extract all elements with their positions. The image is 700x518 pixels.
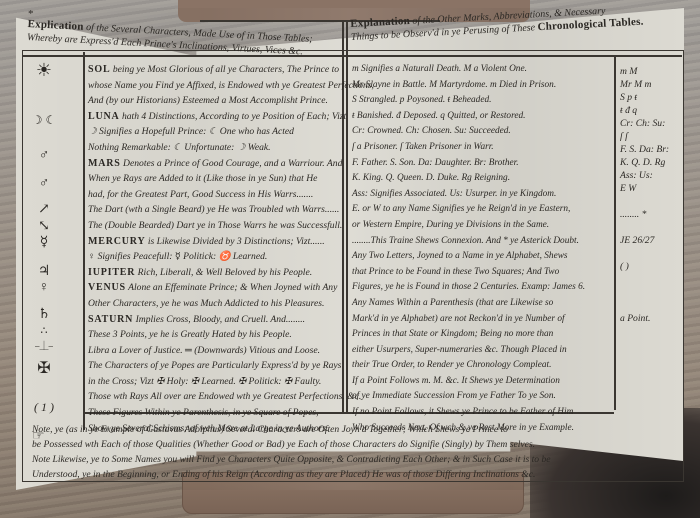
notes-section: Note, ye (as in ye Example of Gustavus A… — [22, 422, 682, 482]
line: E. or W to any Name Signifies ye he Reig… — [352, 202, 585, 218]
header-bottom-rule — [22, 55, 682, 57]
margin-mark: ( ) — [620, 260, 680, 273]
three-points-icon: ∴ — [24, 324, 64, 337]
margin-mark — [620, 221, 680, 234]
margin-mark: S p ŧ — [620, 91, 680, 104]
line: their True Order, to Render ye Chronolog… — [352, 358, 585, 374]
line: VENUS Alone an Effeminate Prince; & When… — [88, 280, 374, 296]
line: Nothing Remarkable: ☾ Unfortunate: ☽ Wea… — [88, 140, 374, 156]
line: that Prince to be Found in these Two Squ… — [352, 265, 585, 281]
pope-cross-icon: ✠ — [24, 358, 64, 378]
symbol-column-divider — [83, 52, 85, 430]
margin-mark — [620, 195, 680, 208]
moon-phases-icon: ☽ ☾ — [24, 113, 64, 128]
line: K. King. Q. Queen. D. Duke. Rg Reigning. — [352, 171, 585, 187]
line: Any Two Letters, Joyned to a Name in ye … — [352, 249, 585, 265]
line: ♀ Signifies Peacefull: ☿ Politick: ♉ Lea… — [88, 249, 374, 265]
line: Ass: Signifies Associated. Us: Usurper. … — [352, 187, 585, 203]
note-line: Note, ye (as in ye Example of Gustavus A… — [22, 422, 682, 437]
libra-icon: ⎯⏊⎯ — [24, 339, 64, 352]
line: F. Father. S. Son. Da: Daughter. Br: Bro… — [352, 156, 585, 172]
margin-mark: K. Q. D. Rg — [620, 156, 680, 169]
single-dart-icon: ↗ — [24, 201, 64, 218]
line: IUPITER Rich, Liberall, & Well Beloved b… — [88, 265, 374, 281]
line: When ye Rays are Added to it (Like those… — [88, 171, 374, 187]
margin-mark: m M — [620, 65, 680, 78]
margin-column-divider — [614, 55, 616, 410]
margin-mark: F. S. Da: Br: — [620, 143, 680, 156]
note-line: Understood, ye in the Beginning, or Endi… — [22, 467, 682, 482]
line: The (Double Bearded) Dart ye in Those Wa… — [88, 218, 374, 234]
line: SOL being ye Most Glorious of all ye Cha… — [88, 62, 374, 78]
line: ŧ Banished. đ Deposed. q Quitted, or Res… — [352, 109, 585, 125]
line: Figures, ye he is Found in those 2 Centu… — [352, 280, 585, 296]
line: in the Cross; Vizt ✠ Holy: ✠ Learned. ✠ … — [88, 374, 374, 390]
line: The Dart (wth a Single Beard) ye He was … — [88, 202, 374, 218]
line: LUNA hath 4 Distinctions, According to y… — [88, 109, 374, 125]
parenthesis-icon: ( 1 ) — [24, 400, 64, 415]
mars-icon: ♂ — [24, 148, 64, 164]
left-explication-column: SOL being ye Most Glorious of all ye Cha… — [88, 62, 374, 436]
margin-mark: Ass: Us: — [620, 169, 680, 182]
line: The Characters of ye Popes are Particula… — [88, 358, 374, 374]
hand-pointer-icon: ☞ — [32, 428, 45, 445]
note-line: be Possessed wth Each of those Qualities… — [22, 437, 682, 452]
saturn-icon: ♄ — [24, 306, 64, 323]
margin-mark — [620, 273, 680, 286]
line: of ye Immediate Succession From ye Fathe… — [352, 389, 585, 405]
sun-icon: ☀ — [24, 60, 64, 81]
line: MARS Denotes a Prince of Good Courage, a… — [88, 156, 374, 172]
margin-mark: ........ * — [620, 208, 680, 221]
line: These Figures Within ye Parenthesis, in … — [88, 405, 374, 421]
margin-mark: E W — [620, 182, 680, 195]
line: m Signifies a Naturall Death. M a Violen… — [352, 62, 585, 78]
margin-mark: ŧ đ q — [620, 104, 680, 117]
line: whose Name you Find ye Affixed, is Endow… — [88, 78, 374, 94]
right-explanation-column: m Signifies a Naturall Death. M a Violen… — [352, 62, 585, 436]
line: Those wth Rays All over are Endowed wth … — [88, 389, 374, 405]
line: ſ a Prisoner. ſ Taken Prisoner in Warr. — [352, 140, 585, 156]
line: ☽ Signifies a Hopefull Prince: ☾ One who… — [88, 124, 374, 140]
note-line: Note Likewise, ye to Some Names you will… — [22, 452, 682, 467]
margin-mark — [620, 299, 680, 312]
margin-mark: a Point. — [620, 312, 680, 325]
line: Princes in that State or Kingdom; Being … — [352, 327, 585, 343]
line: MERCURY is Likewise Divided by 3 Distinc… — [88, 234, 374, 250]
margin-mark — [620, 286, 680, 299]
margin-mark: JE 26/27 — [620, 234, 680, 247]
venus-icon: ♀ — [24, 280, 64, 296]
margin-mark: Mr M m — [620, 78, 680, 91]
line: If a Point Follows m. M. &c. It Shews ye… — [352, 374, 585, 390]
line: had, for the Greatest Part, Good Success… — [88, 187, 374, 203]
margin-mark — [620, 247, 680, 260]
line: If no Point Follows, it Shews ye Prince … — [352, 405, 585, 421]
line: Other Characters, ye he was Much Addicte… — [88, 296, 374, 312]
line: or Western Empire, During ye Divisions i… — [352, 218, 585, 234]
margin-mark: ſ ſ — [620, 130, 680, 143]
margin-marks-column: m M Mr M m S p ŧ ŧ đ q Cr: Ch: Su: ſ ſ F… — [620, 65, 680, 325]
line: S Strangled. p Poysoned. ŧ Beheaded. — [352, 93, 585, 109]
jupiter-icon: ♃ — [24, 263, 64, 280]
line: Any Names Within a Parenthesis (that are… — [352, 296, 585, 312]
margin-mark: Cr: Ch: Su: — [620, 117, 680, 130]
line: And (by our Historians) Esteemed a Most … — [88, 93, 374, 109]
line: ........This Traine Shews Connexion. And… — [352, 234, 585, 250]
line: Mark'd in ye Alphabet) are not Reckon'd … — [352, 312, 585, 328]
line: Libra a Lover of Justice. ═ (Downwards) … — [88, 343, 374, 359]
line: Cr: Crowned. Ch: Chosen. Su: Succeeded. — [352, 124, 585, 140]
line: either Usurpers, Super-numeraries &c. Th… — [352, 343, 585, 359]
mercury-icon: ☿ — [24, 234, 64, 251]
mars-rays-icon: ♂ — [24, 176, 64, 192]
line: Mr Slayne in Battle. M Martyrdome. m Die… — [352, 78, 585, 94]
line: These 3 Points, ye he is Greatly Hated b… — [88, 327, 374, 343]
line: SATURN Implies Cross, Bloody, and Cruell… — [88, 312, 374, 328]
double-dart-icon: ⤡ — [24, 218, 64, 235]
